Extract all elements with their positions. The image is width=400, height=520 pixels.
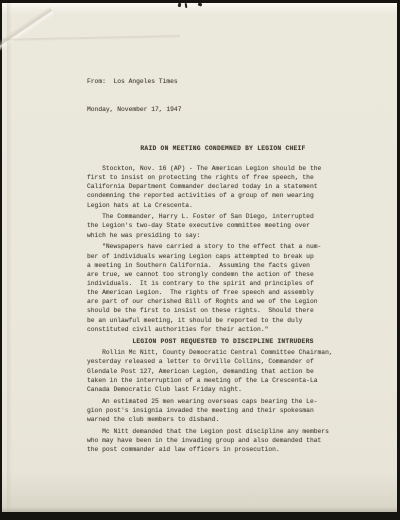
fold-line	[2, 35, 180, 42]
typewritten-content: From: Los Angeles Times Monday, November…	[87, 59, 341, 457]
document-header: From: Los Angeles Times Monday, November…	[87, 59, 341, 132]
paragraph-estimated-25: An estimated 25 men wearing overseas cap…	[87, 397, 341, 424]
paragraph-newspapers-quote: "Newspapers have carried a story to the …	[87, 242, 341, 334]
date-line: Monday, November 17, 1947	[87, 105, 341, 114]
left-crease	[7, 3, 12, 512]
headline-raid-condemned: RAID ON MEETING CONDEMNED BY LEGION CHEI…	[87, 144, 341, 153]
headline-legion-post: LEGION POST REQUESTED TO DISCIPLINE INTR…	[87, 337, 341, 346]
paragraph-commander: The Commander, Harry L. Foster of San Di…	[87, 212, 341, 239]
scan-bed: { "document": { "source_line": "From: Lo…	[0, 0, 400, 520]
paragraph-mcnitt-demand: Mc Nitt demanded that the Legion post di…	[87, 427, 341, 454]
paragraph-mcnitt-letter: Rollin Mc Nitt, County Democratic Centra…	[87, 348, 341, 394]
document-paper: From: Los Angeles Times Monday, November…	[2, 3, 397, 512]
source-line: From: Los Angeles Times	[87, 77, 341, 86]
paragraph-stockton: Stockton, Nov. 16 (AP) - The American Le…	[87, 164, 341, 210]
